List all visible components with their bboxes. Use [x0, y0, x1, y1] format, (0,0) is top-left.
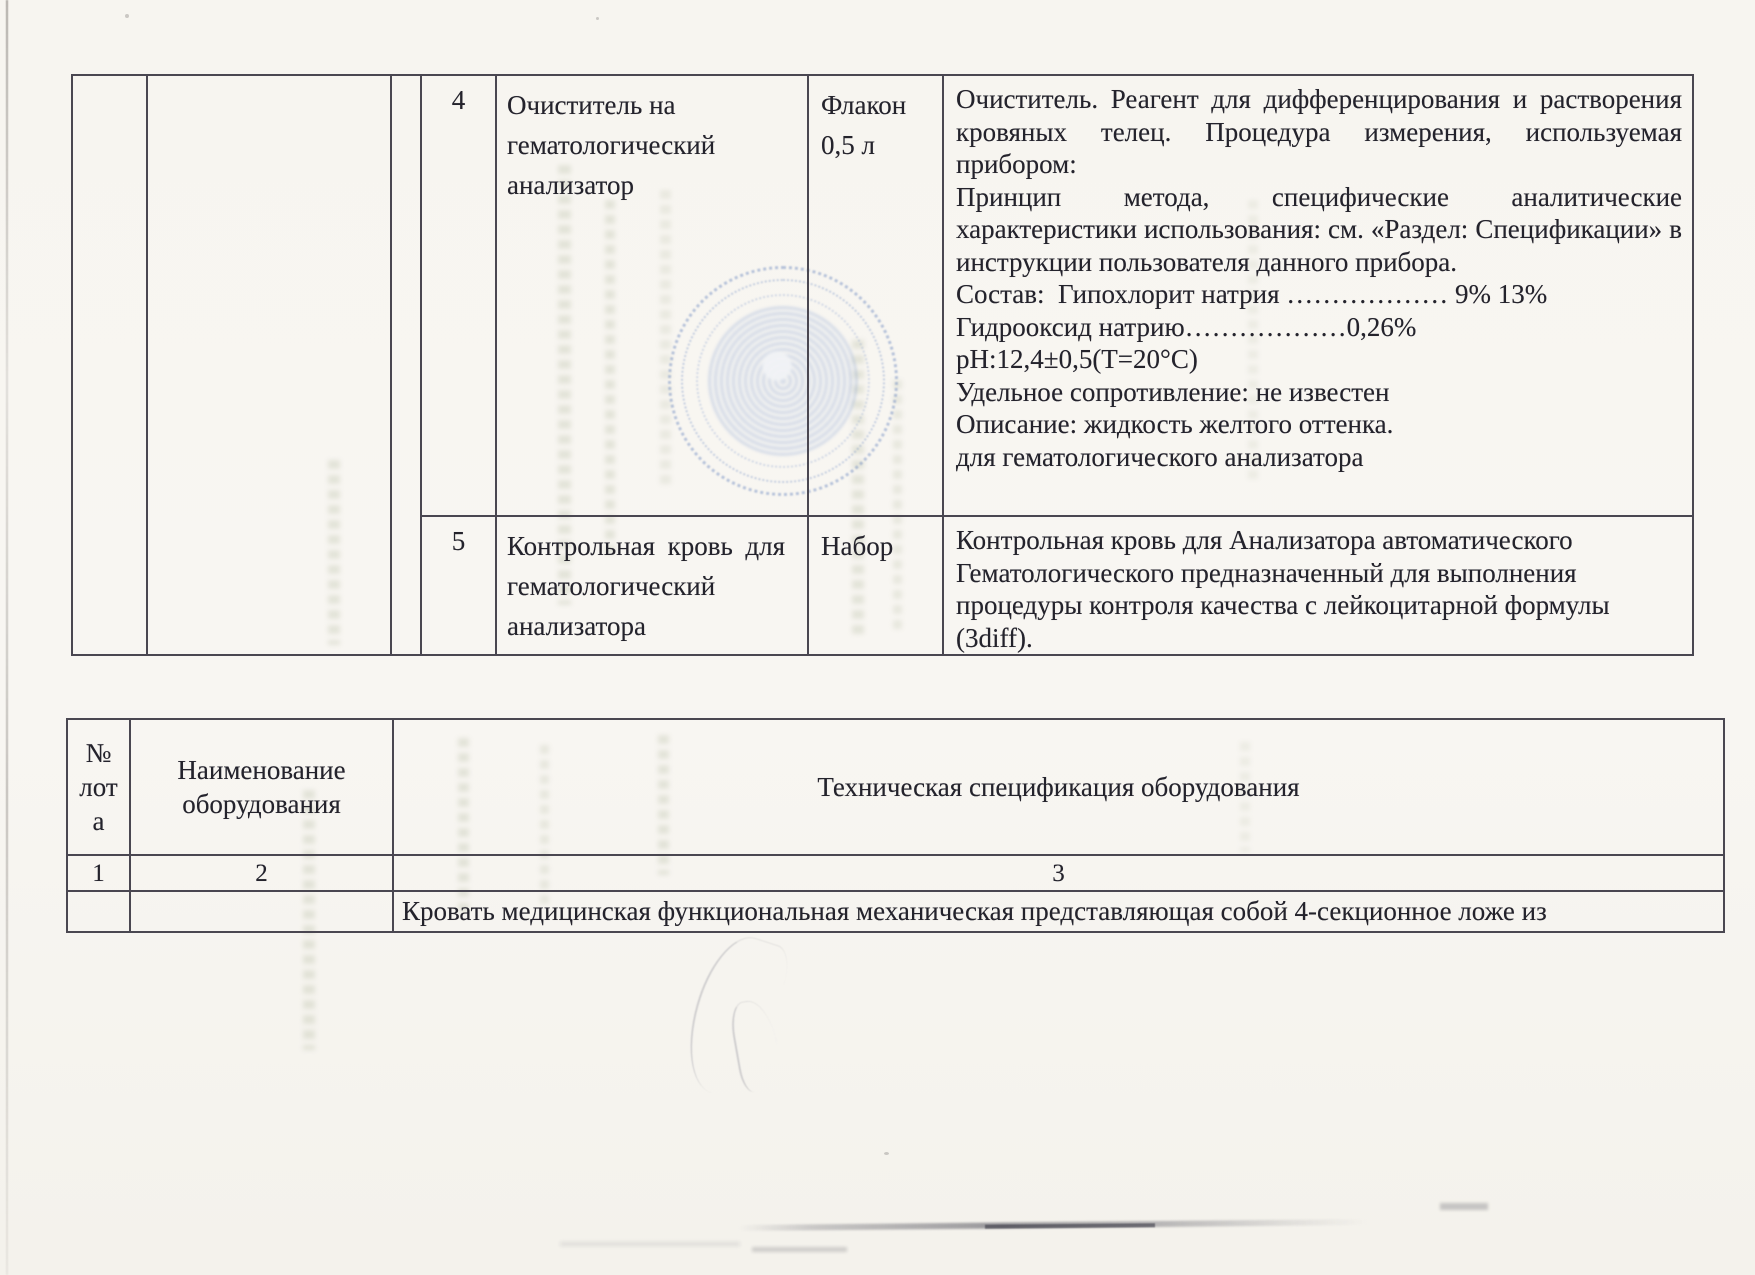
row4-item-name-cell: Очиститель на гематологический анализато… [496, 75, 808, 516]
row5-number-cell: 5 [421, 516, 496, 655]
row4-spec-cell: Очиститель. Реагент для дифференцировани… [943, 75, 1693, 516]
row5-unit-cell: Набор [808, 516, 943, 655]
empty-cell [72, 75, 147, 655]
smudge-mark [560, 1242, 740, 1246]
empty-cell [147, 75, 391, 655]
spec-paragraph: Контрольная кровь для Анализатора автома… [956, 524, 1682, 654]
paper-speck [596, 17, 599, 20]
spec-paragraph: Принцип метода, специфические аналитичес… [956, 181, 1682, 279]
empty-cell [391, 75, 421, 655]
smudge-mark [752, 1247, 847, 1252]
spec-paragraph: Очиститель. Реагент для дифференцировани… [956, 83, 1682, 181]
equipment-name-header-cell: Наименование оборудования [130, 719, 393, 855]
spec-paragraph: Описание: жидкость желтого оттенка. [956, 408, 1682, 441]
column-number-cell: 1 [67, 855, 130, 891]
empty-cell [67, 891, 130, 932]
row4-number-cell: 4 [421, 75, 496, 516]
scanner-edge-artifact [6, 0, 8, 1275]
row5-spec-cell: Контрольная кровь для Анализатора автома… [943, 516, 1693, 655]
smudge-mark [1440, 1203, 1488, 1210]
equipment-spec-table: № лот а Наименование оборудования Технич… [66, 718, 1725, 933]
tech-spec-header-cell: Техническая спецификация оборудования [393, 719, 1724, 855]
reagents-spec-table: 4 Очиститель на гематологический анализа… [71, 74, 1694, 656]
spec-paragraph: pH:12,4±0,5(Т=20°С) [956, 343, 1682, 376]
bed-spec-cell: Кровать медицинская функциональная механ… [393, 891, 1724, 932]
row4-unit-cell: Флакон 0,5 л [808, 75, 943, 516]
empty-cell [130, 891, 393, 932]
scanned-document-page: { "document": { "kind": "scanned technic… [0, 0, 1755, 1275]
smudge-mark [985, 1223, 1155, 1228]
spec-paragraph: Удельное сопротивление: не известен [956, 376, 1682, 409]
spec-paragraph: Состав: Гипохлорит натрия ……………… 9% 13% [956, 278, 1682, 311]
spec-paragraph: Гидрооксид натрию………………0,26% [956, 311, 1682, 344]
row5-item-name-cell: Контрольная кровь для гематологический а… [496, 516, 808, 655]
column-number-cell: 3 [393, 855, 1724, 891]
paper-speck [125, 14, 129, 18]
lot-number-header-cell: № лот а [67, 719, 130, 855]
spec-paragraph: для гематологического анализатора [956, 441, 1682, 474]
paper-speck [884, 1152, 889, 1155]
column-number-cell: 2 [130, 855, 393, 891]
